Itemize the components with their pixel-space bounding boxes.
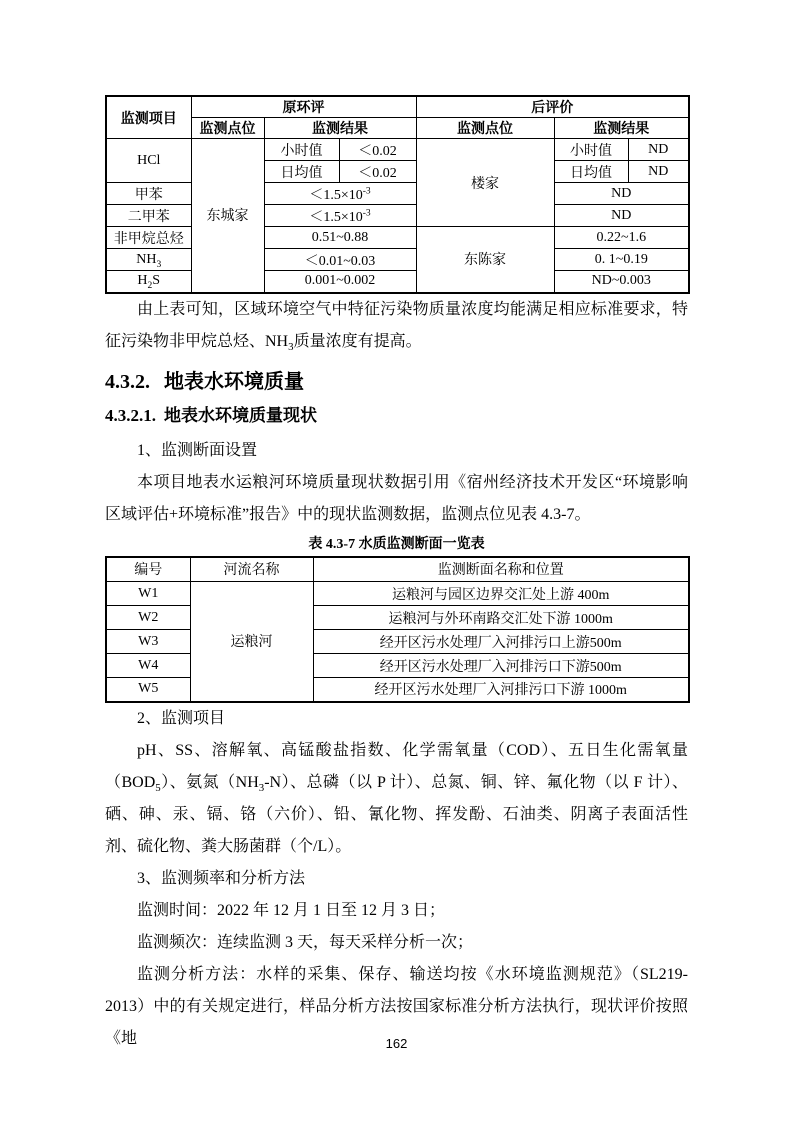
water-section-table: 编号 河流名称 监测断面名称和位置 W1 运粮河 运粮河与园区边界交汇处上游 4…: [105, 556, 690, 703]
list-item-3: 3、监测频率和分析方法: [105, 863, 688, 895]
cell-item-hcl: HCl: [106, 139, 191, 183]
subscript: 3: [156, 259, 161, 269]
cell-post-day-label: 日均值: [554, 161, 628, 183]
cell-xylene-value: ＜1.5×10-3: [264, 205, 416, 227]
cell-hour-value: ＜0.02: [339, 139, 416, 161]
paragraph-monitoring-time: 监测时间：2022 年 12 月 1 日至 12 月 3 日；: [105, 895, 688, 927]
section-title: 地表水环境质量: [164, 371, 304, 393]
cell-id: W3: [106, 630, 190, 654]
section-heading-432: 4.3.2.地表水环境质量: [105, 367, 688, 397]
cell-nmhc-value: 0.51~0.88: [264, 227, 416, 249]
header-cell-point-post: 监测点位: [416, 118, 554, 139]
cell-item-toluene: 甲苯: [106, 183, 191, 205]
cell-id: W2: [106, 606, 190, 630]
section-heading-4321: 4.3.2.1.地表水环境质量现状: [105, 404, 688, 428]
cell-river-name: 运粮河: [190, 582, 313, 702]
table-row-w1: W1 运粮河 运粮河与园区边界交汇处上游 400m: [106, 582, 689, 606]
cell-id: W1: [106, 582, 190, 606]
superscript: -3: [363, 186, 371, 196]
cell-post-point-2: 东陈家: [416, 227, 554, 293]
document-page: 监测项目 原环评 后评价 监测点位 监测结果 监测点位 监测结果 HCl 东城家…: [0, 0, 793, 1122]
cell-h2s-value: 0.001~0.002: [264, 271, 416, 293]
cell-toluene-post-value: ND: [554, 183, 689, 205]
table-header-row: 编号 河流名称 监测断面名称和位置: [106, 557, 689, 582]
cell-post-hour-value: ND: [628, 139, 689, 161]
table-header-row: 监测项目 原环评 后评价: [106, 96, 689, 118]
cell-section: 经开区污水处理厂入河排污口下游 1000m: [313, 678, 689, 702]
list-item-2: 2、监测项目: [105, 703, 688, 735]
cell-h2s-post-value: ND~0.003: [554, 271, 689, 293]
section-title: 地表水环境质量现状: [164, 406, 317, 425]
header-cell-original-eia: 原环评: [191, 96, 416, 118]
header-cell-id: 编号: [106, 557, 190, 582]
table-subheader-row: 监测点位 监测结果 监测点位 监测结果: [106, 118, 689, 139]
cell-day-value: ＜0.02: [339, 161, 416, 183]
paragraph-monitoring-frequency: 监测频次：连续监测 3 天，每天采样分析一次；: [105, 927, 688, 959]
cell-post-point-1: 楼家: [416, 139, 554, 227]
list-item-1: 1、监测断面设置: [105, 435, 688, 467]
paragraph-air-conclusion: 由上表可知，区域环境空气中特征污染物质量浓度均能满足相应标准要求，特征污染物非甲…: [105, 294, 688, 358]
cell-toluene-value: ＜1.5×10-3: [264, 183, 416, 205]
section-number: 4.3.2.: [105, 371, 150, 393]
cell-post-hour-label: 小时值: [554, 139, 628, 161]
cell-section: 运粮河与园区边界交汇处上游 400m: [313, 582, 689, 606]
paragraph-monitoring-items: pH、SS、溶解氧、高锰酸盐指数、化学需氧量（COD）、五日生化需氧量（BOD5…: [105, 735, 688, 863]
cell-section: 运粮河与外环南路交汇处下游 1000m: [313, 606, 689, 630]
cell-item-h2s: H2S: [106, 271, 191, 293]
paragraph-data-source: 本项目地表水运粮河环境质量现状数据引用《宿州经济技术开发区“环境影响区域评估+环…: [105, 467, 688, 531]
cell-xylene-post-value: ND: [554, 205, 689, 227]
header-cell-point-orig: 监测点位: [191, 118, 264, 139]
air-monitoring-table: 监测项目 原环评 后评价 监测点位 监测结果 监测点位 监测结果 HCl 东城家…: [105, 95, 690, 294]
section-number: 4.3.2.1.: [105, 406, 156, 425]
cell-nh3-post-value: 0. 1~0.19: [554, 249, 689, 271]
cell-item-xylene: 二甲苯: [106, 205, 191, 227]
header-cell-item: 监测项目: [106, 96, 191, 139]
header-cell-river: 河流名称: [190, 557, 313, 582]
cell-nh3-value: ＜0.01~0.03: [264, 249, 416, 271]
header-cell-post-evaluation: 后评价: [416, 96, 689, 118]
header-cell-section: 监测断面名称和位置: [313, 557, 689, 582]
header-cell-result-post: 监测结果: [554, 118, 689, 139]
header-cell-result-orig: 监测结果: [264, 118, 416, 139]
cell-id: W5: [106, 678, 190, 702]
cell-section: 经开区污水处理厂入河排污口下游500m: [313, 654, 689, 678]
page-number: 162: [0, 1036, 793, 1051]
cell-hour-label: 小时值: [264, 139, 339, 161]
page-content: 监测项目 原环评 后评价 监测点位 监测结果 监测点位 监测结果 HCl 东城家…: [105, 95, 688, 1055]
superscript: -3: [363, 208, 371, 218]
cell-nmhc-post-value: 0.22~1.6: [554, 227, 689, 249]
cell-section: 经开区污水处理厂入河排污口上游500m: [313, 630, 689, 654]
cell-id: W4: [106, 654, 190, 678]
table-row-hcl-hour: HCl 东城家 小时值 ＜0.02 楼家 小时值 ND: [106, 139, 689, 161]
table-caption: 表 4.3-7 水质监测断面一览表: [105, 534, 688, 556]
cell-item-nmhc: 非甲烷总烃: [106, 227, 191, 249]
cell-item-nh3: NH3: [106, 249, 191, 271]
cell-orig-point: 东城家: [191, 139, 264, 293]
cell-day-label: 日均值: [264, 161, 339, 183]
cell-post-day-value: ND: [628, 161, 689, 183]
